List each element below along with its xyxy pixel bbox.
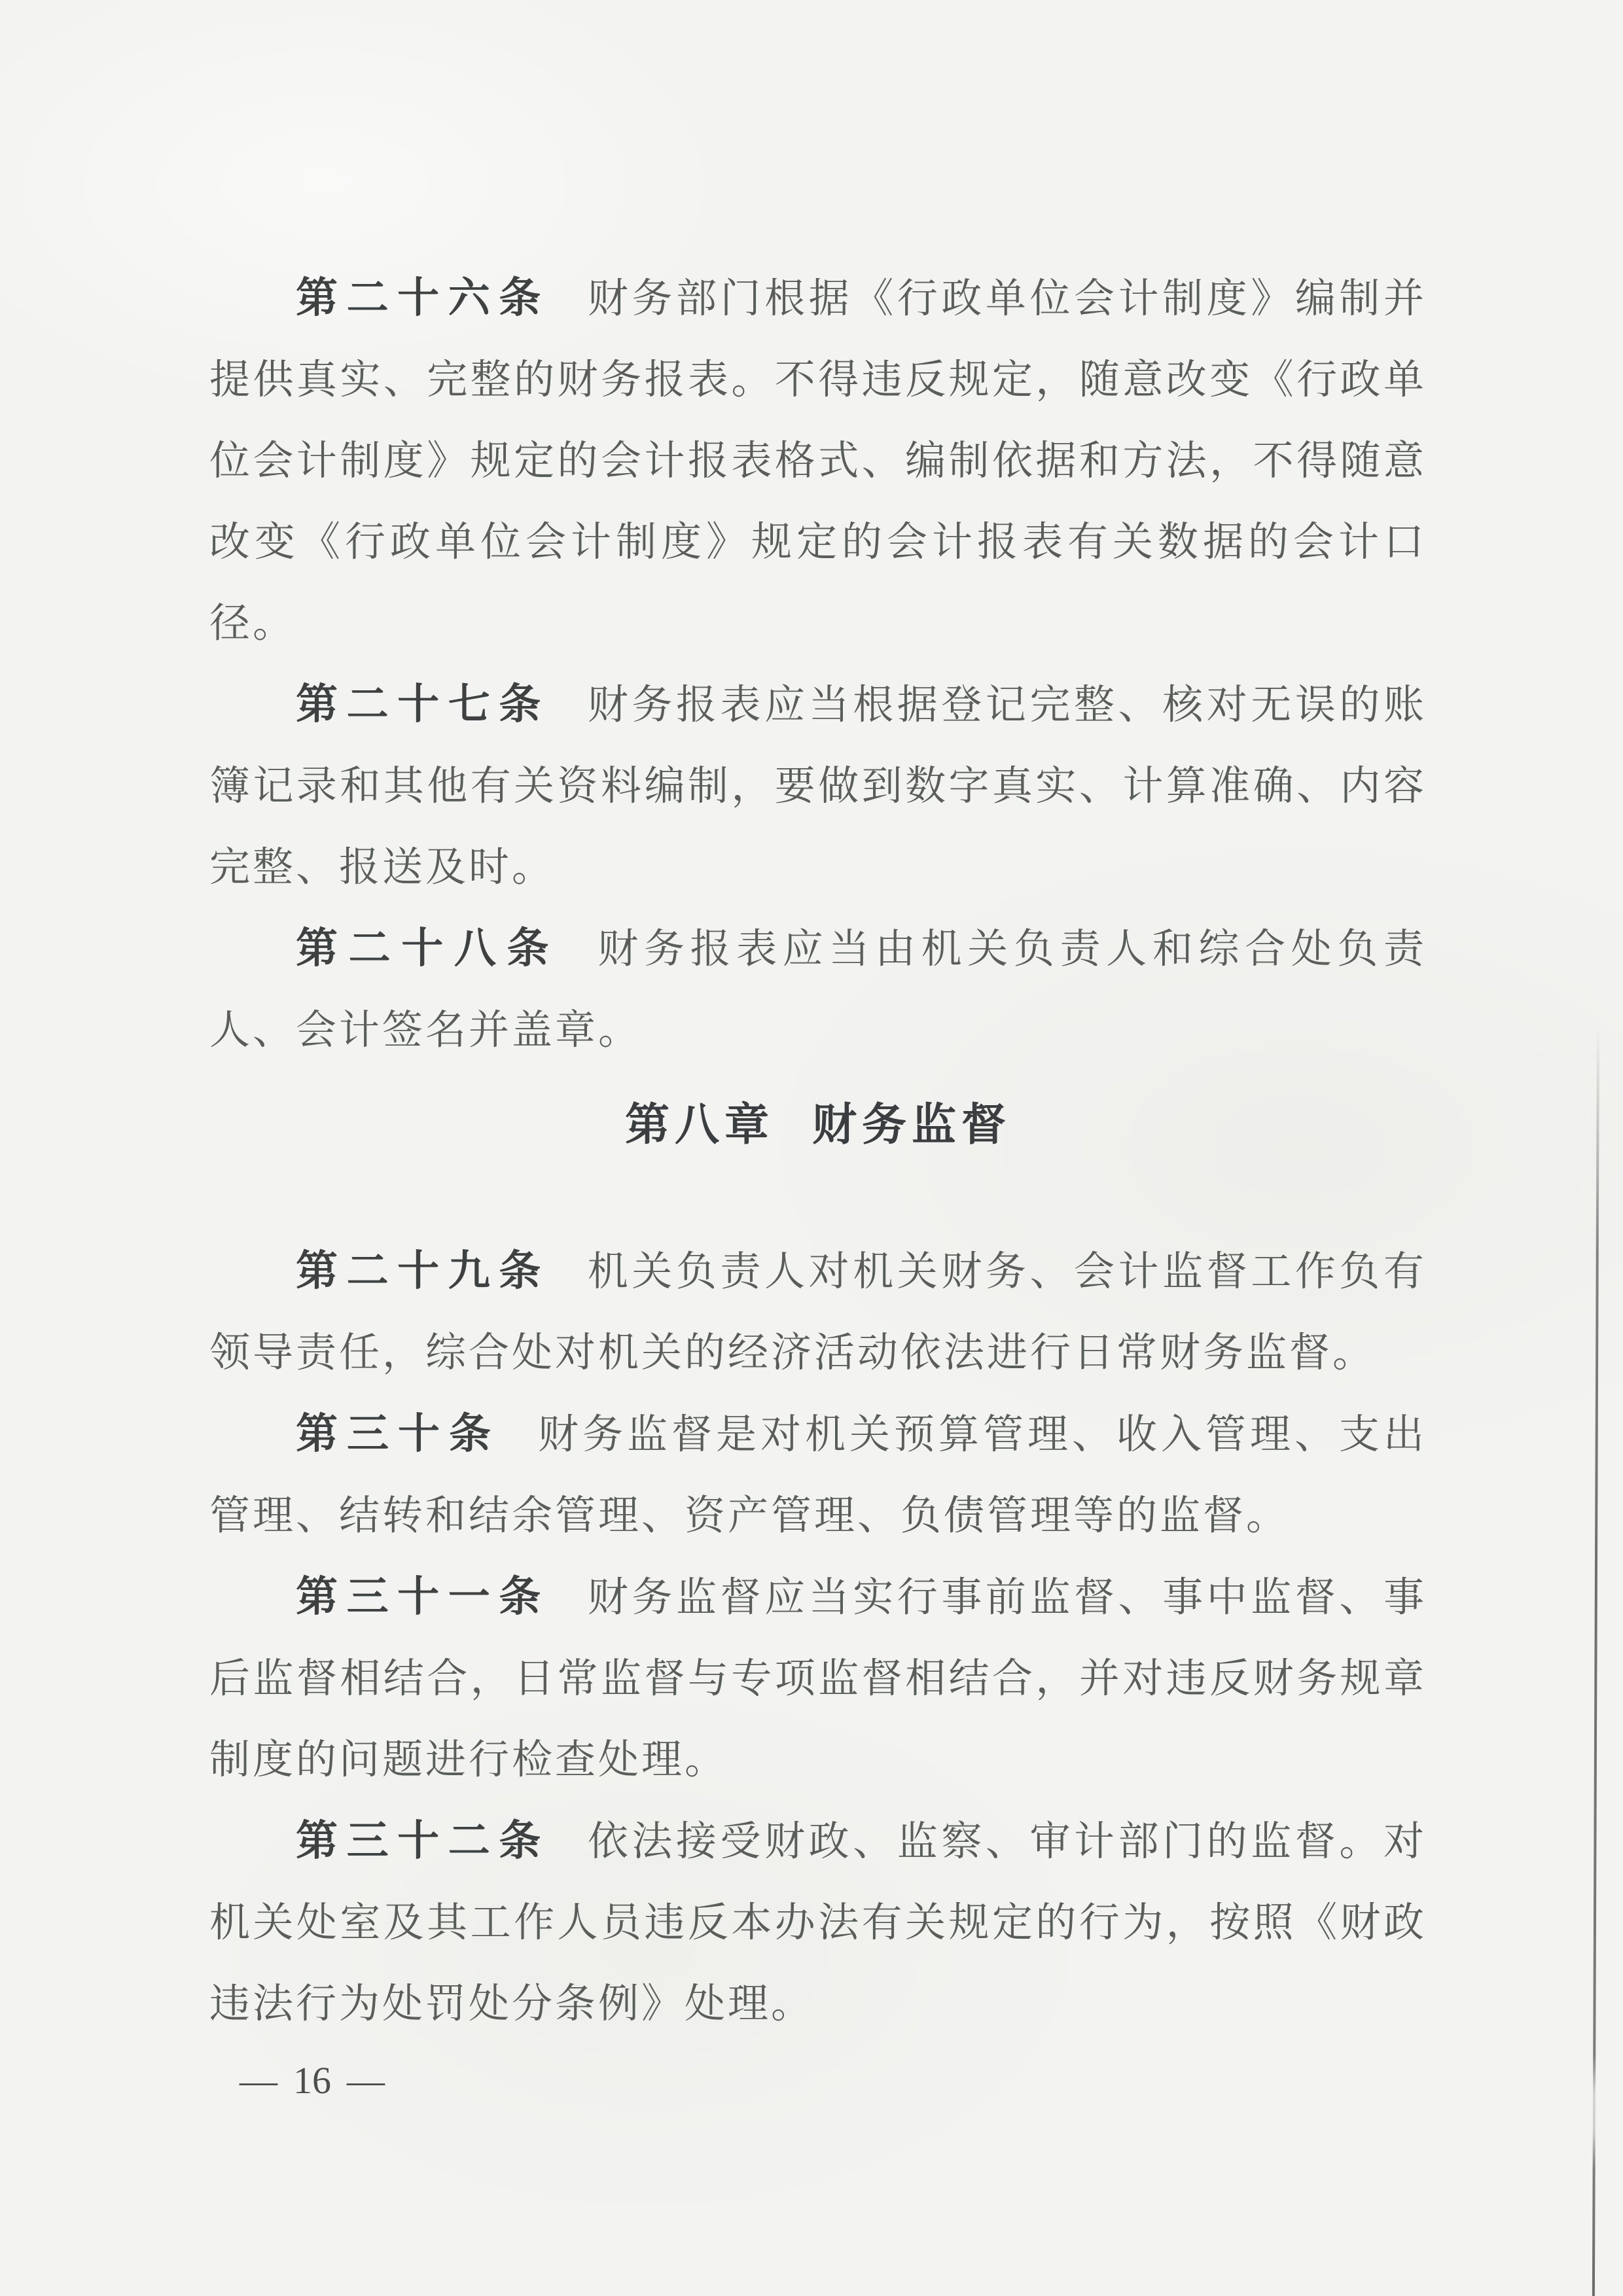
article-number: 第二十七条 [296, 681, 550, 728]
footer-dash-right: — [347, 2059, 385, 2102]
article-number: 第二十八条 [296, 925, 560, 972]
footer-dash-left: — [240, 2059, 277, 2102]
paragraph-article-28: 第二十八条财务报表应当由机关负责人和综合处负责人、会计签名并盖章。 [209, 908, 1427, 1071]
paragraph-article-31: 第三十一条财务监督应当实行事前监督、事中监督、事后监督相结合，日常监督与专项监督… [209, 1557, 1427, 1801]
article-text: 财务部门根据《行政单位会计制度》编制并提供真实、完整的财务报表。不得违反规定，随… [209, 277, 1427, 646]
paragraph-article-29: 第二十九条机关负责人对机关财务、会计监督工作负有领导责任，综合处对机关的经济活动… [209, 1231, 1427, 1394]
chapter-heading: 第八章财务监督 [209, 1084, 1427, 1165]
page-footer: —16— [230, 2056, 394, 2106]
article-number: 第三十二条 [296, 1818, 550, 1864]
scan-artifact-line [1592, 1026, 1599, 2296]
paragraph-article-27: 第二十七条财务报表应当根据登记完整、核对无误的账簿记录和其他有关资料编制，要做到… [209, 664, 1427, 908]
article-number: 第三十条 [296, 1411, 500, 1457]
article-number: 第二十九条 [296, 1248, 550, 1294]
article-number: 第二十六条 [296, 275, 550, 321]
article-number: 第三十一条 [296, 1574, 550, 1620]
chapter-number: 第八章 [625, 1100, 774, 1150]
paragraph-article-30: 第三十条财务监督是对机关预算管理、收入管理、支出管理、结转和结余管理、资产管理、… [209, 1394, 1427, 1557]
paragraph-article-26: 第二十六条财务部门根据《行政单位会计制度》编制并提供真实、完整的财务报表。不得违… [209, 258, 1427, 664]
scanned-page: 第二十六条财务部门根据《行政单位会计制度》编制并提供真实、完整的财务报表。不得违… [0, 0, 1623, 2296]
paragraph-article-32: 第三十二条依法接受财政、监察、审计部门的监督。对机关处室及其工作人员违反本办法有… [209, 1801, 1427, 2045]
page-number: 16 [293, 2059, 331, 2102]
chapter-title: 财务监督 [812, 1100, 1011, 1150]
document-body: 第二十六条财务部门根据《行政单位会计制度》编制并提供真实、完整的财务报表。不得违… [209, 258, 1427, 2045]
